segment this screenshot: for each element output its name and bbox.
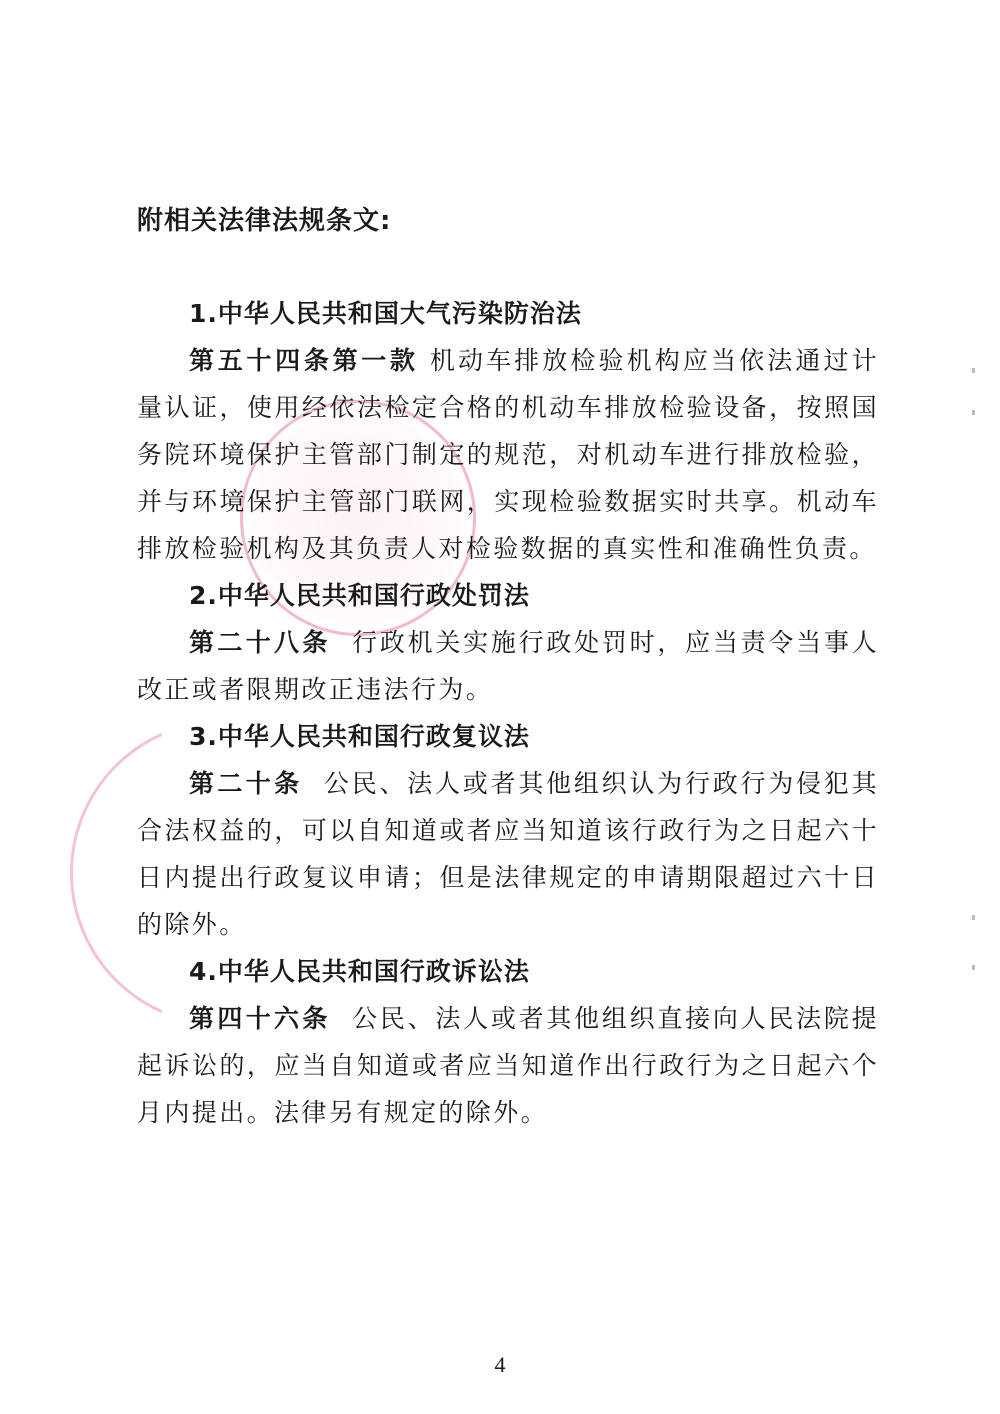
article-number: 第五十四条第一款	[189, 346, 419, 375]
article-number: 第四十六条	[189, 1004, 331, 1033]
attachment-heading: 附相关法律法规条文:	[137, 200, 391, 237]
article-number: 第二十八条	[189, 628, 331, 657]
document-page: 附相关法律法规条文: 1.中华人民共和国大气污染防治法 第五十四条第一款 机动车…	[0, 0, 1000, 1414]
scan-speck	[972, 368, 975, 373]
law-title-3: 3.中华人民共和国行政复议法	[137, 713, 879, 760]
article-text: 机动车排放检验机构应当依法通过计量认证，使用经依法检定合格的机动车排放检验设备，…	[137, 346, 879, 563]
article-paragraph-3: 第二十条 公民、法人或者其他组织认为行政行为侵犯其合法权益的，可以自知道或者应当…	[137, 760, 879, 948]
page-number: 4	[0, 1352, 1000, 1378]
law-provisions: 1.中华人民共和国大气污染防治法 第五十四条第一款 机动车排放检验机构应当依法通…	[137, 290, 879, 1136]
scan-speck	[972, 965, 975, 970]
article-paragraph-1: 第五十四条第一款 机动车排放检验机构应当依法通过计量认证，使用经依法检定合格的机…	[137, 337, 879, 572]
article-number: 第二十条	[189, 769, 302, 798]
scan-speck	[972, 410, 975, 415]
article-paragraph-4: 第四十六条 公民、法人或者其他组织直接向人民法院提起诉讼的，应当自知道或者应当知…	[137, 995, 879, 1136]
article-paragraph-2: 第二十八条 行政机关实施行政处罚时，应当责令当事人改正或者限期改正违法行为。	[137, 619, 879, 713]
law-title-2: 2.中华人民共和国行政处罚法	[137, 572, 879, 619]
scan-speck	[972, 915, 975, 920]
law-title-1: 1.中华人民共和国大气污染防治法	[137, 290, 879, 337]
law-title-4: 4.中华人民共和国行政诉讼法	[137, 948, 879, 995]
